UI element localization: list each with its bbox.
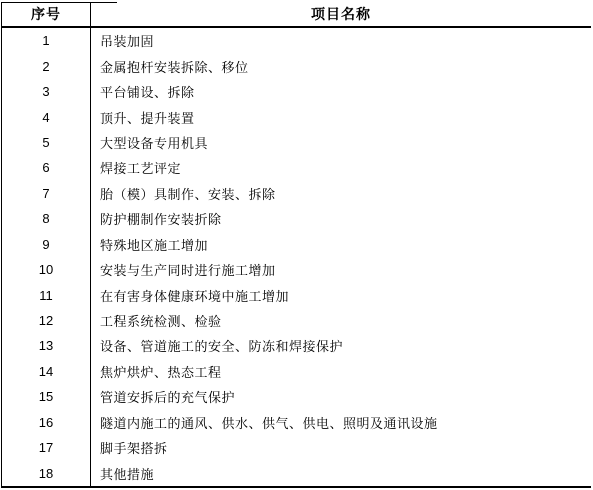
row-item-name: 隧道内施工的通风、供水、供气、供电、照明及通讯设施 (91, 410, 591, 435)
table-body: 1 吊装加固 2 金属抱杆安装拆除、移位 3 平台铺设、拆除 4 顶升、提升装置… (2, 28, 591, 488)
row-item-name: 管道安拆后的充气保护 (91, 384, 591, 409)
row-item-name: 其他措施 (91, 460, 591, 485)
row-item-name: 在有害身体健康环境中施工增加 (91, 282, 591, 307)
row-serial-number: 15 (2, 384, 91, 409)
row-item-name: 特殊地区施工增加 (91, 232, 591, 257)
table-row: 13 设备、管道施工的安全、防冻和焊接保护 (2, 333, 591, 358)
row-serial-number: 16 (2, 410, 91, 435)
row-serial-number: 5 (2, 130, 91, 155)
row-item-name: 吊装加固 (91, 28, 591, 53)
row-serial-number: 4 (2, 104, 91, 129)
table-row: 15 管道安拆后的充气保护 (2, 384, 591, 409)
row-serial-number: 12 (2, 308, 91, 333)
row-item-name: 大型设备专用机具 (91, 130, 591, 155)
row-item-name: 工程系统检测、检验 (91, 308, 591, 333)
row-item-name: 平台铺设、拆除 (91, 79, 591, 104)
table-row: 18 其他措施 (2, 460, 591, 485)
row-item-name: 顶升、提升装置 (91, 104, 591, 129)
row-serial-number: 17 (2, 435, 91, 460)
header-serial-number: 序号 (2, 2, 91, 26)
row-item-name: 设备、管道施工的安全、防冻和焊接保护 (91, 333, 591, 358)
row-item-name: 焊接工艺评定 (91, 155, 591, 180)
row-serial-number: 10 (2, 257, 91, 282)
row-serial-number: 7 (2, 181, 91, 206)
table-row: 7 胎（模）具制作、安装、拆除 (2, 181, 591, 206)
table-row: 17 脚手架搭拆 (2, 435, 591, 460)
row-serial-number: 1 (2, 28, 91, 53)
table-row: 16 隧道内施工的通风、供水、供气、供电、照明及通讯设施 (2, 410, 591, 435)
table-row: 4 顶升、提升装置 (2, 104, 591, 129)
table-row: 11 在有害身体健康环境中施工增加 (2, 282, 591, 307)
row-serial-number: 11 (2, 282, 91, 307)
row-item-name: 胎（模）具制作、安装、拆除 (91, 181, 591, 206)
table-row: 2 金属抱杆安装拆除、移位 (2, 53, 591, 78)
table-row: 14 焦炉烘炉、热态工程 (2, 359, 591, 384)
table-row: 5 大型设备专用机具 (2, 130, 591, 155)
top-border-line (1, 2, 117, 3)
row-serial-number: 13 (2, 333, 91, 358)
table-header-row: 序号 项目名称 (2, 2, 591, 28)
row-serial-number: 8 (2, 206, 91, 231)
table-row: 3 平台铺设、拆除 (2, 79, 591, 104)
row-item-name: 焦炉烘炉、热态工程 (91, 359, 591, 384)
row-serial-number: 3 (2, 79, 91, 104)
table-row: 1 吊装加固 (2, 28, 591, 53)
document-page: 序号 项目名称 1 吊装加固 2 金属抱杆安装拆除、移位 3 平台铺设、拆除 4… (0, 0, 593, 490)
table-row: 6 焊接工艺评定 (2, 155, 591, 180)
header-item-name: 项目名称 (91, 2, 591, 26)
row-item-name: 安装与生产同时进行施工增加 (91, 257, 591, 282)
row-item-name: 防护棚制作安装折除 (91, 206, 591, 231)
items-table: 序号 项目名称 1 吊装加固 2 金属抱杆安装拆除、移位 3 平台铺设、拆除 4… (1, 2, 591, 488)
table-row: 10 安装与生产同时进行施工增加 (2, 257, 591, 282)
table-row: 12 工程系统检测、检验 (2, 308, 591, 333)
table-row: 9 特殊地区施工增加 (2, 232, 591, 257)
row-serial-number: 6 (2, 155, 91, 180)
row-item-name: 金属抱杆安装拆除、移位 (91, 53, 591, 78)
row-serial-number: 9 (2, 232, 91, 257)
row-serial-number: 2 (2, 53, 91, 78)
row-item-name: 脚手架搭拆 (91, 435, 591, 460)
row-serial-number: 18 (2, 460, 91, 485)
table-row: 8 防护棚制作安装折除 (2, 206, 591, 231)
row-serial-number: 14 (2, 359, 91, 384)
